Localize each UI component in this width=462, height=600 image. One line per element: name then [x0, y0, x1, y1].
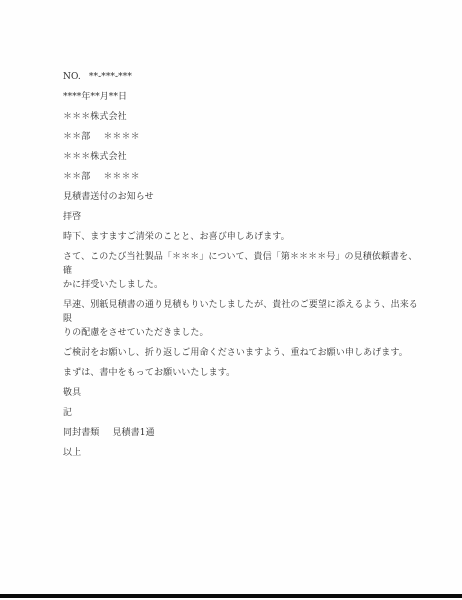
document-number-label: NO.: [63, 72, 81, 82]
recipient-dept: ＊＊部: [63, 132, 90, 142]
end-marker: 以上: [63, 446, 421, 460]
letter-page: NO.**-***-*** ****年**月**日 ＊＊＊株式会社 ＊＊部＊＊＊…: [0, 0, 462, 600]
salutation: 拝啓: [63, 210, 421, 224]
document-number-value: **-***-***: [89, 72, 132, 82]
body-paragraph-5: まずは、書中をもってお願いいたします。: [63, 366, 421, 380]
sender-person: ＊＊＊＊: [103, 172, 139, 182]
record-marker: 記: [63, 406, 421, 420]
subject-line: 見積書送付のお知らせ: [63, 190, 421, 204]
recipient-contact: ＊＊部＊＊＊＊: [63, 130, 421, 144]
document-number-line: NO.**-***-***: [63, 70, 421, 84]
body-paragraph-2: さて、このたび当社製品「＊＊＊」について、貴信「第＊＊＊＊号」の見積依頼書を、確…: [63, 250, 421, 292]
body-paragraph-1: 時下、ますますご清栄のことと、お喜び申しあげます。: [63, 230, 421, 244]
sender-dept: ＊＊部: [63, 172, 90, 182]
enclosure-value: 見積書1通: [112, 428, 154, 438]
enclosure-line: 同封書類見積書1通: [63, 426, 421, 440]
sender-contact: ＊＊部＊＊＊＊: [63, 170, 421, 184]
letter-content: NO.**-***-*** ****年**月**日 ＊＊＊株式会社 ＊＊部＊＊＊…: [63, 70, 421, 466]
body-paragraph-3: 早速、別紙見積書の通り見積もりいたしましたが、貴社のご要望に添えるよう、出来る限…: [63, 298, 421, 340]
page-bottom-rule: [0, 594, 462, 598]
closing-word: 敬具: [63, 386, 421, 400]
date-line: ****年**月**日: [63, 90, 421, 104]
recipient-person: ＊＊＊＊: [103, 132, 139, 142]
recipient-company: ＊＊＊株式会社: [63, 110, 421, 124]
sender-company: ＊＊＊株式会社: [63, 150, 421, 164]
body-paragraph-4: ご検討をお願いし、折り返しご用命くださいますよう、重ねてお願い申しあげます。: [63, 346, 421, 360]
enclosure-label: 同封書類: [63, 428, 99, 438]
